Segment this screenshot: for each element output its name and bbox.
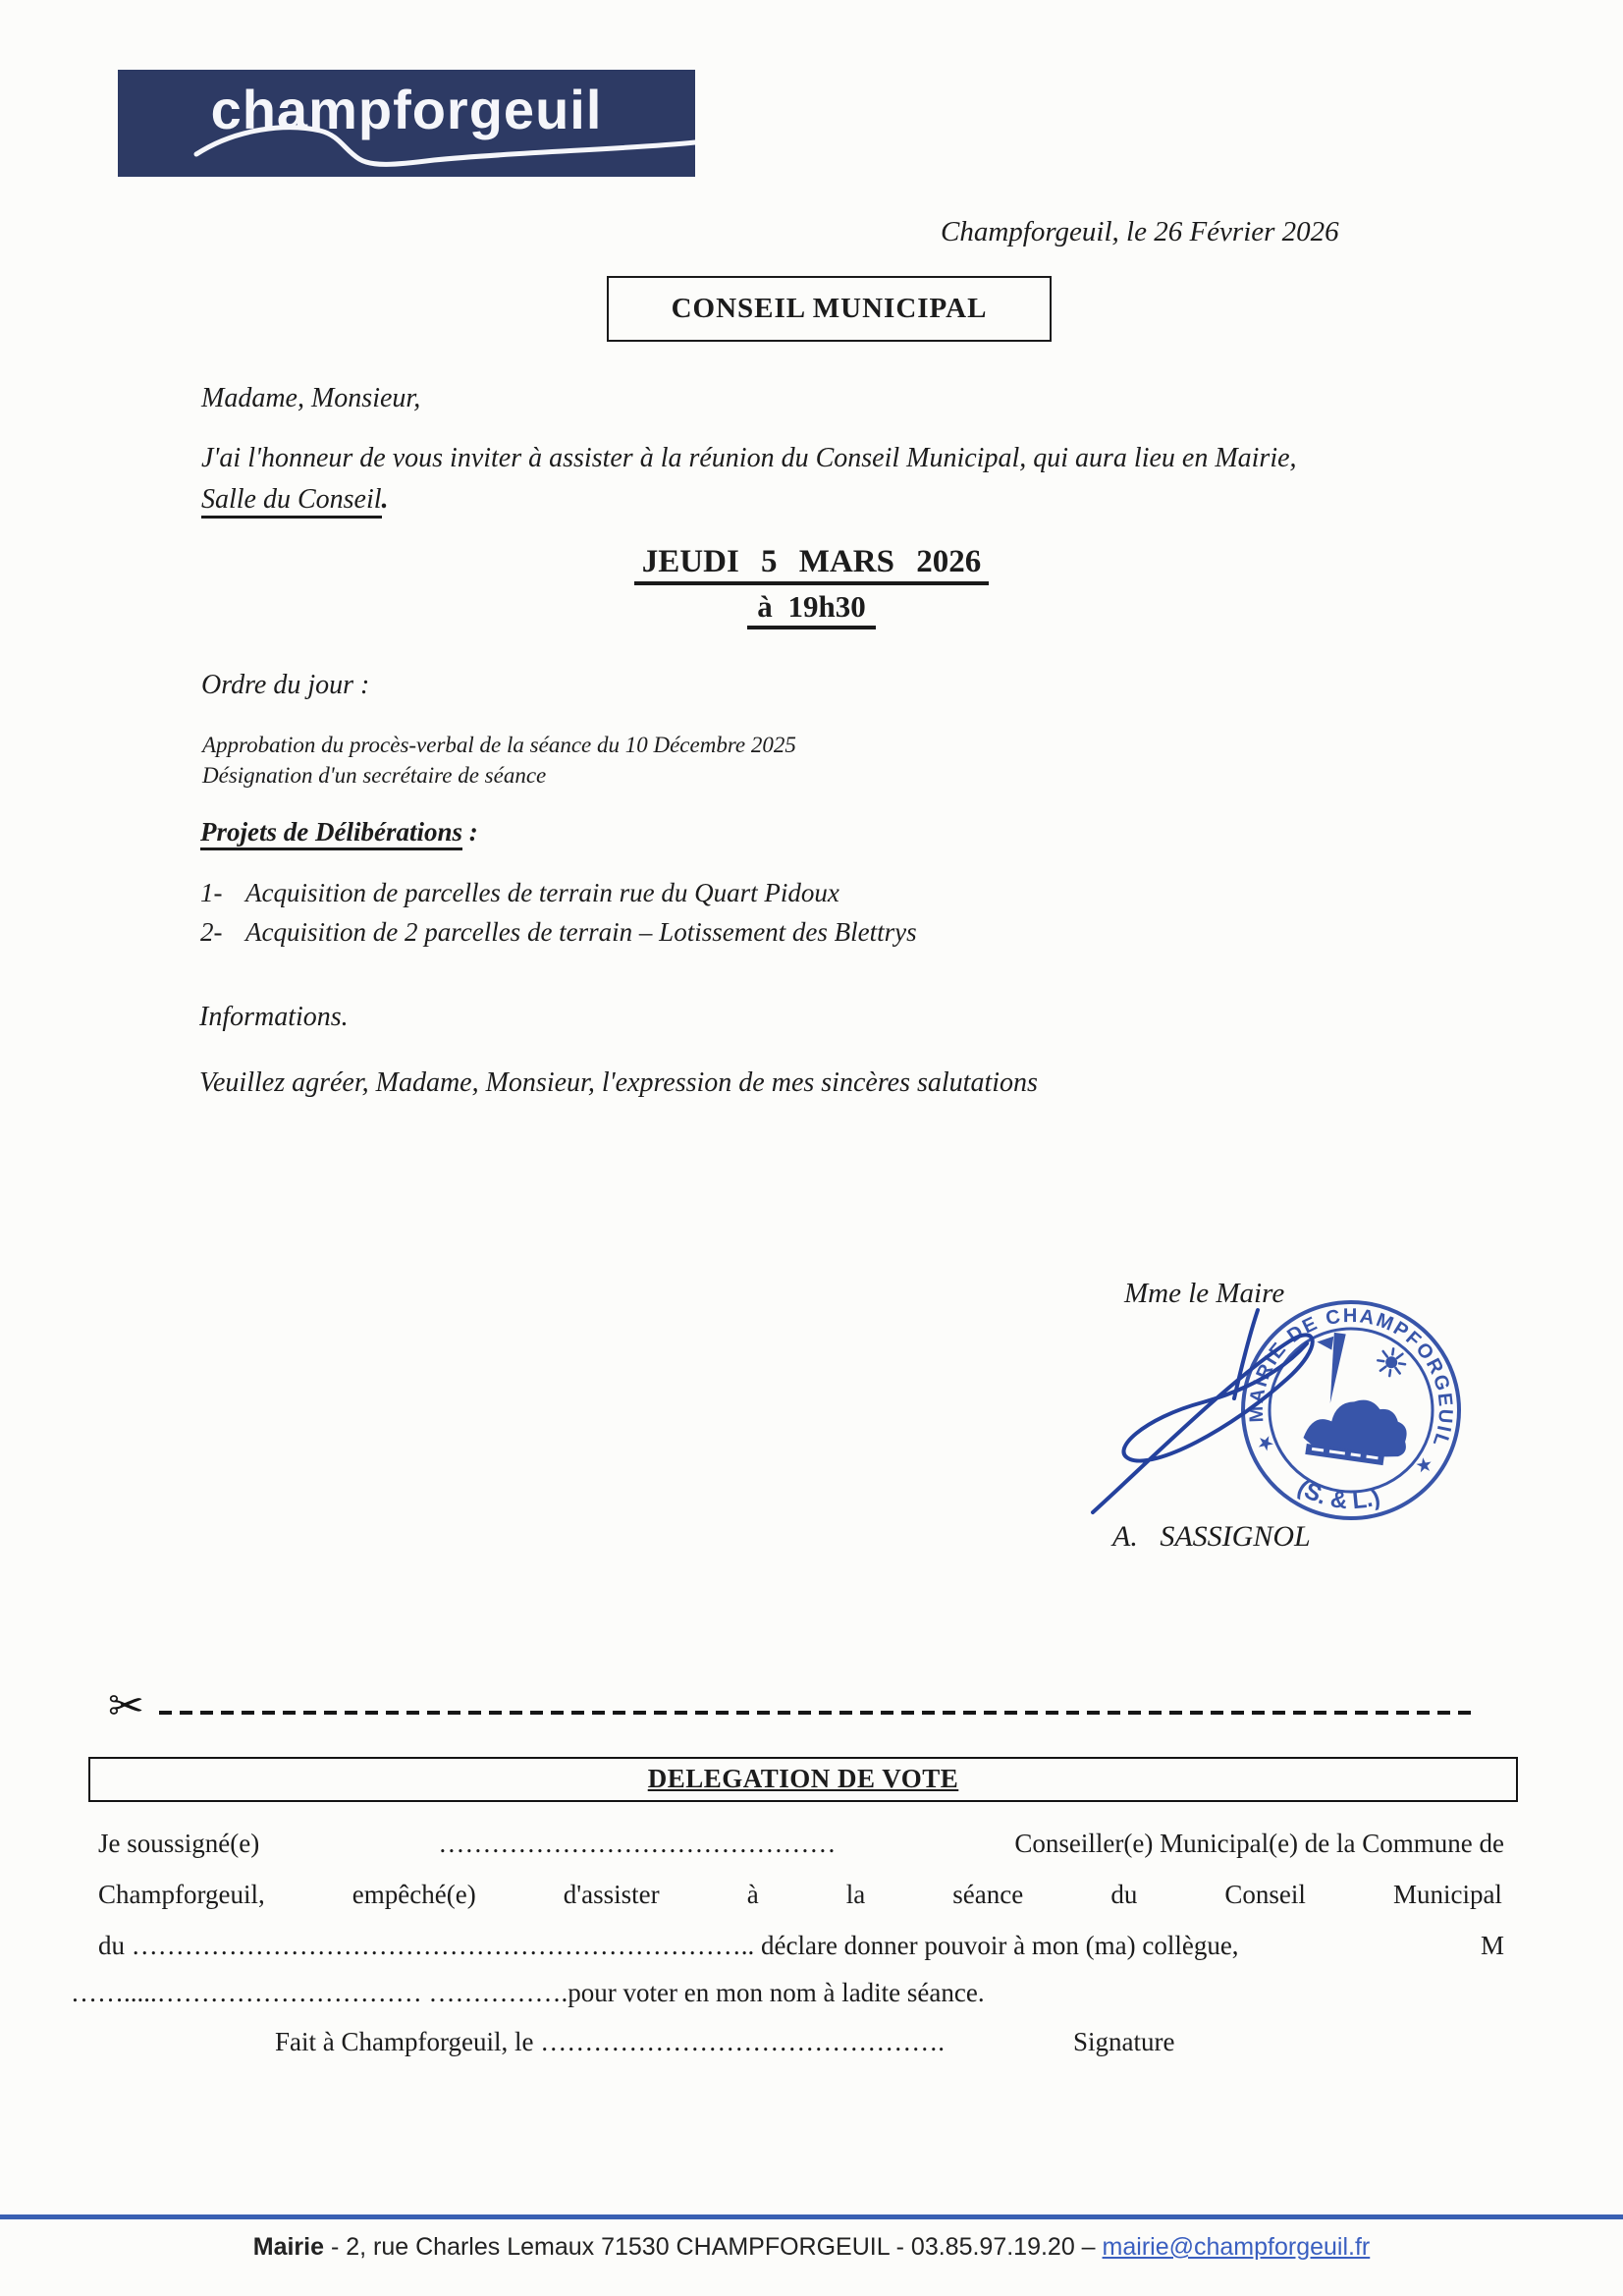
delegation-line1-role: Conseiller(e) Municipal(e) de la Commune… bbox=[1014, 1829, 1504, 1859]
word: Champforgeuil, bbox=[98, 1880, 265, 1910]
delegation-colleague-m: M bbox=[1481, 1931, 1504, 1961]
footer-email-link[interactable]: mairie@champforgeuil.fr bbox=[1103, 2233, 1371, 2261]
delegation-box: DELEGATION DE VOTE bbox=[88, 1757, 1518, 1802]
meeting-time: à 19h30 bbox=[747, 589, 876, 629]
word: à bbox=[747, 1880, 759, 1910]
dashed-cut-line bbox=[159, 1711, 1471, 1715]
delegation-line-2: Champforgeuil,empêché(e)d'assisteràlaséa… bbox=[98, 1880, 1502, 1910]
word: d'assister bbox=[564, 1880, 660, 1910]
intro-period: . bbox=[382, 484, 389, 515]
intro-underlined: Salle du Conseil bbox=[201, 484, 382, 519]
deliberations-heading-colon: : bbox=[462, 817, 478, 847]
salutation: Madame, Monsieur, bbox=[201, 383, 420, 414]
item-number: 1- bbox=[200, 878, 245, 908]
word: du bbox=[1110, 1880, 1137, 1910]
word: Municipal bbox=[1393, 1880, 1502, 1910]
meeting-time-row: à 19h30 bbox=[0, 589, 1623, 625]
item-text: Acquisition de 2 parcelles de terrain – … bbox=[245, 917, 917, 947]
deliberation-item: 1-Acquisition de parcelles de terrain ru… bbox=[200, 878, 839, 908]
delegation-line1-label: Je soussigné(e) bbox=[98, 1829, 259, 1859]
delegation-date-blank: du …………………………………………………………….. déclare don… bbox=[98, 1931, 1239, 1961]
word: séance bbox=[952, 1880, 1023, 1910]
title-box-label: CONSEIL MUNICIPAL bbox=[672, 293, 988, 324]
meeting-date: JEUDI 5 MARS 2026 bbox=[634, 544, 989, 585]
informations-note: Informations. bbox=[199, 1002, 349, 1033]
delegation-line-3: du …………………………………………………………….. déclare don… bbox=[98, 1931, 1504, 1961]
closing-line: Veuillez agréer, Madame, Monsieur, l'exp… bbox=[199, 1067, 1038, 1099]
agenda-heading: Ordre du jour : bbox=[201, 670, 369, 701]
delegation-name-blank: ……………………………………… bbox=[438, 1829, 836, 1859]
footer-rule bbox=[0, 2214, 1623, 2219]
scissors-icon: ✂ bbox=[108, 1681, 144, 1731]
title-box: CONSEIL MUNICIPAL bbox=[607, 276, 1052, 342]
delegation-line-4: …….....………………………… …………….pour voter en mo… bbox=[71, 1978, 985, 2008]
deliberations-heading-text: Projets de Délibérations bbox=[200, 817, 462, 850]
deliberations-heading: Projets de Délibérations : bbox=[200, 817, 478, 847]
date-line: Champforgeuil, le 26 Février 2026 bbox=[941, 216, 1339, 248]
stamp-star-right: ★ bbox=[1410, 1452, 1437, 1478]
footer-address: - 2, rue Charles Lemaux 71530 CHAMPFORGE… bbox=[324, 2233, 1103, 2261]
item-number: 2- bbox=[200, 917, 245, 948]
logo-swoosh bbox=[118, 70, 695, 177]
delegation-title: DELEGATION DE VOTE bbox=[648, 1764, 959, 1793]
word: la bbox=[846, 1880, 866, 1910]
word: Conseil bbox=[1224, 1880, 1306, 1910]
agenda-item: Désignation d'un secrétaire de séance bbox=[202, 763, 546, 789]
champforgeuil-logo: champforgeuil bbox=[118, 70, 695, 177]
agenda-item: Approbation du procès-verbal de la séanc… bbox=[202, 733, 796, 758]
delegation-line-1: Je soussigné(e) ……………………………………… Conseill… bbox=[98, 1829, 1504, 1859]
delegation-place-date: Fait à Champforgeuil, le ………………………………………… bbox=[275, 2027, 945, 2057]
footer-label: Mairie bbox=[253, 2233, 324, 2261]
item-text: Acquisition de parcelles de terrain rue … bbox=[245, 878, 839, 907]
intro-line-2: Salle du Conseil. bbox=[201, 484, 389, 516]
scanned-letter-page: champforgeuil Champforgeuil, le 26 Févri… bbox=[0, 0, 1623, 2296]
signature-stroke bbox=[1075, 1302, 1340, 1543]
deliberation-item: 2-Acquisition de 2 parcelles de terrain … bbox=[200, 917, 917, 948]
signer-name: A. SASSIGNOL bbox=[1112, 1520, 1311, 1554]
meeting-date-row: JEUDI 5 MARS 2026 bbox=[0, 544, 1623, 580]
word: empêché(e) bbox=[352, 1880, 476, 1910]
delegation-signature-label: Signature bbox=[1073, 2027, 1174, 2057]
intro-line-1: J'ai l'honneur de vous inviter à assiste… bbox=[201, 443, 1297, 474]
footer-text: Mairie - 2, rue Charles Lemaux 71530 CHA… bbox=[0, 2233, 1623, 2262]
